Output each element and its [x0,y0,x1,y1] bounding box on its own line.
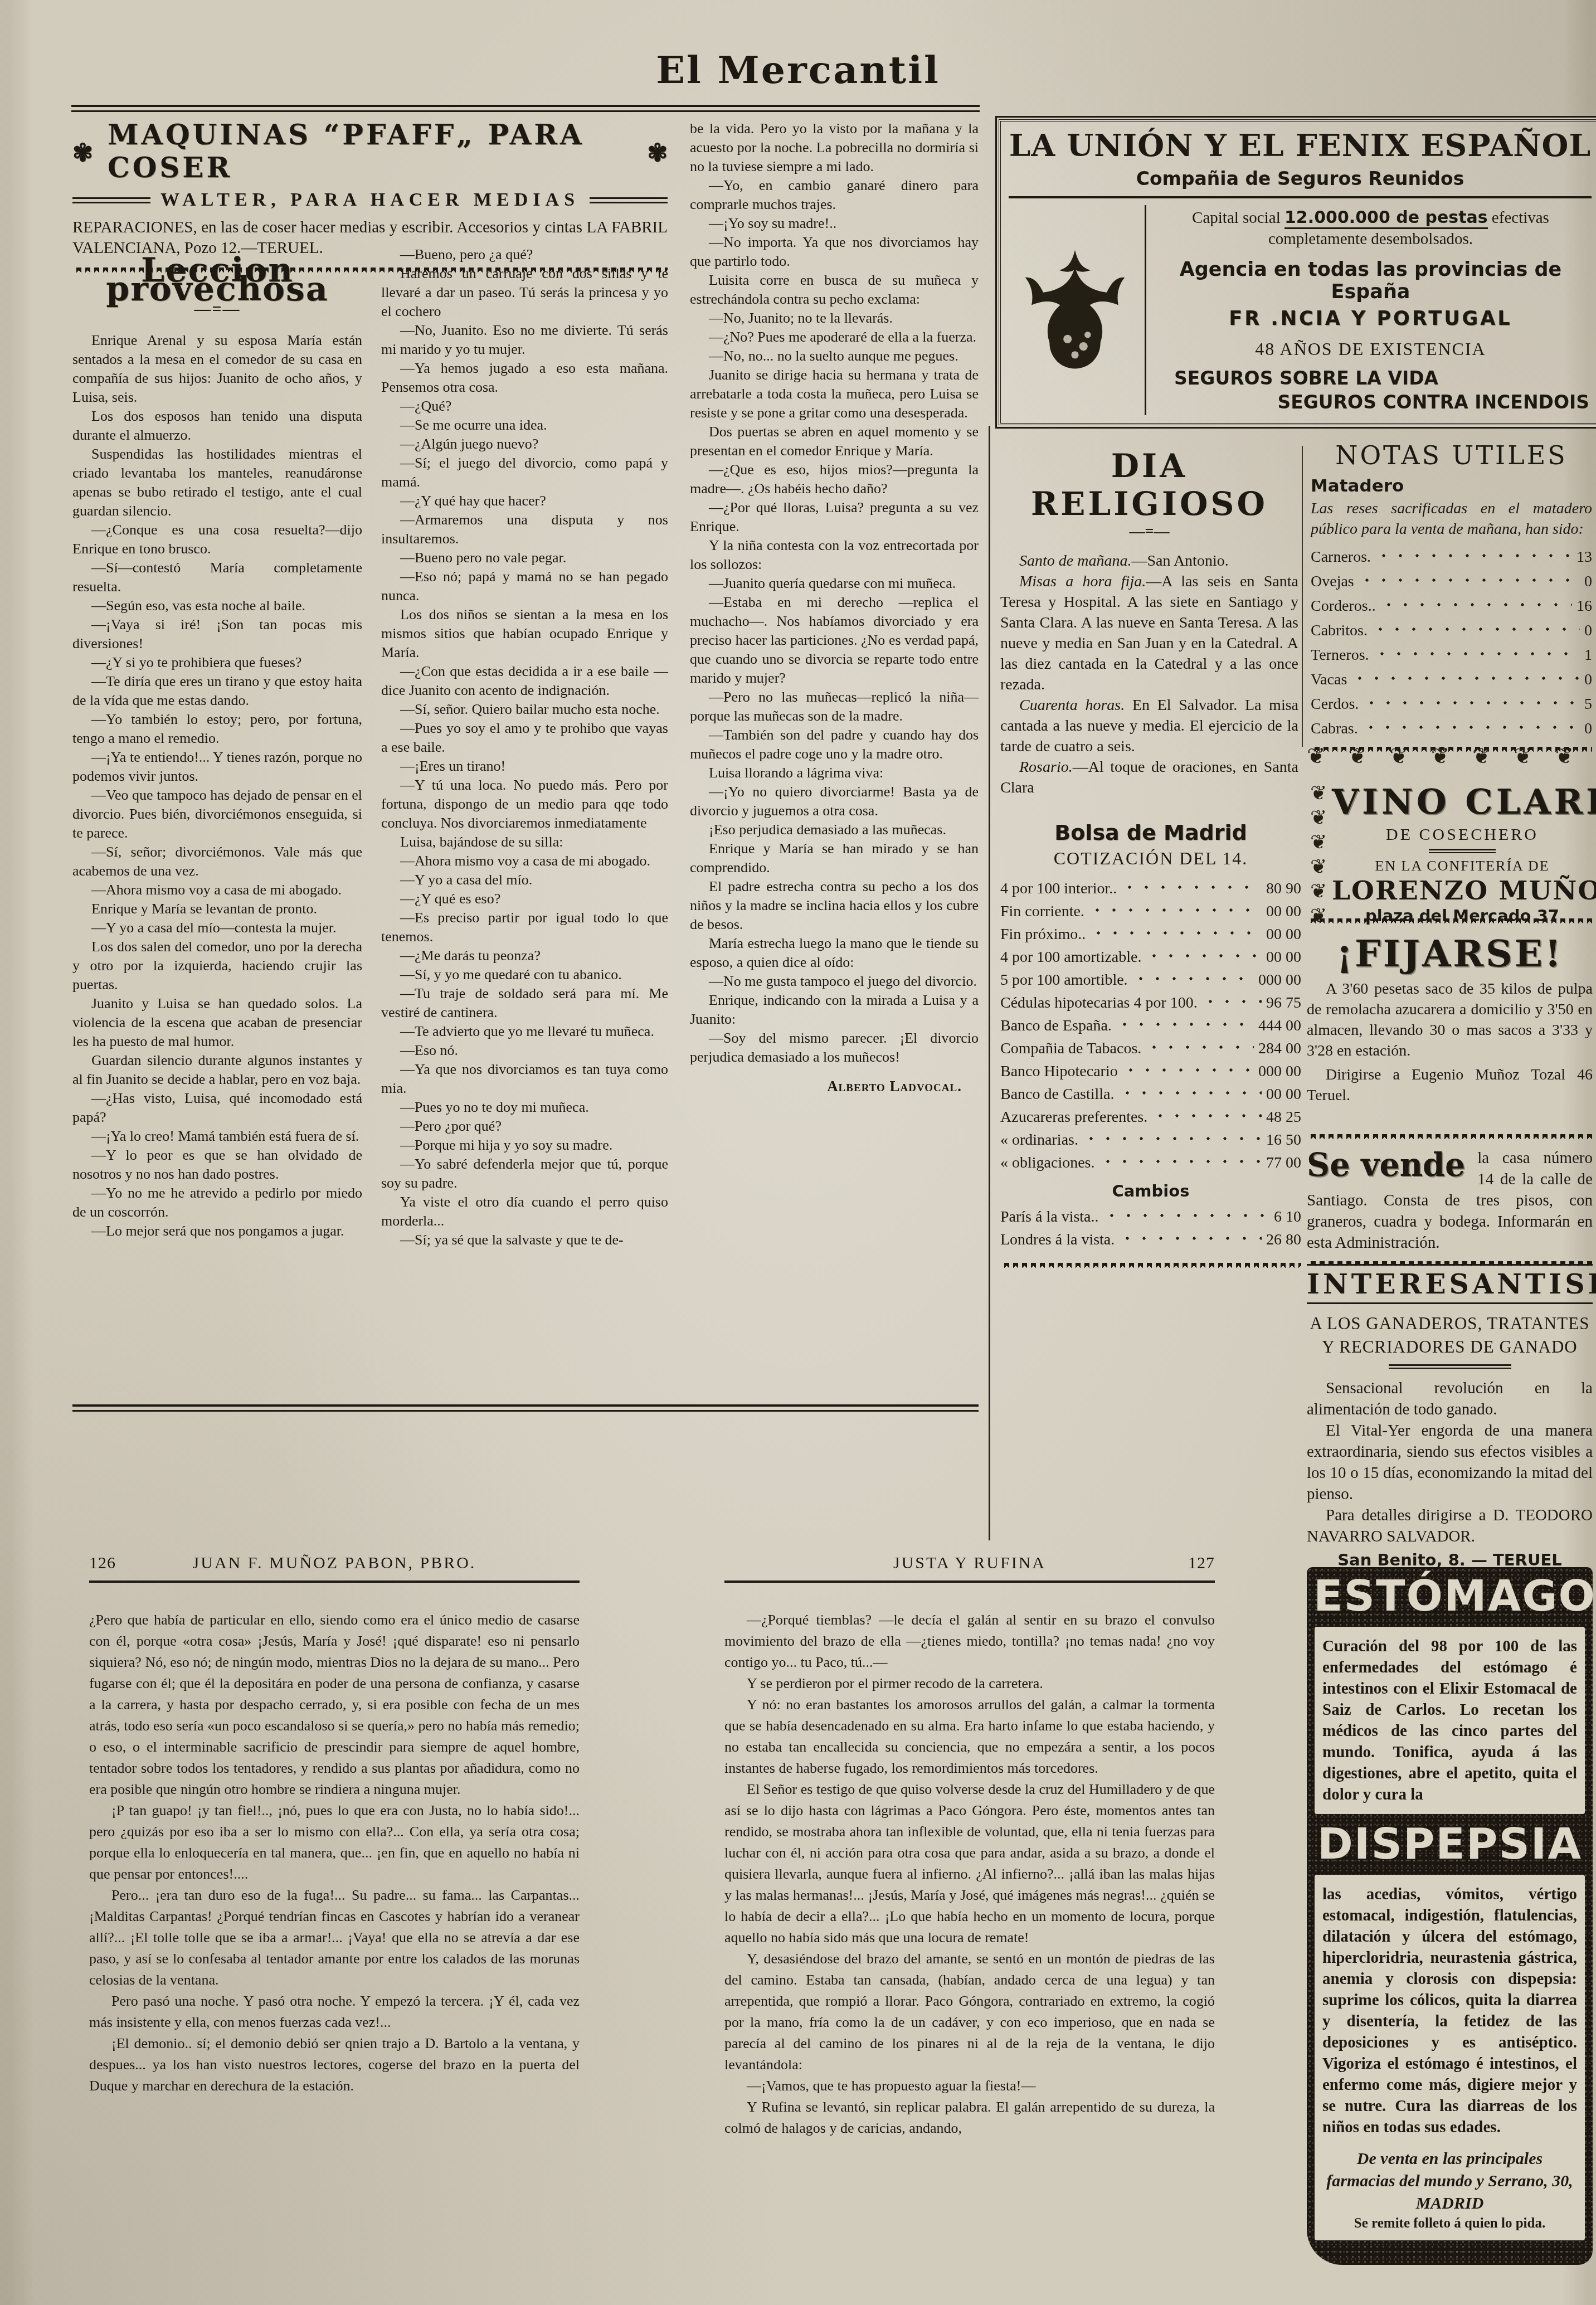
ledger-row: « ordinarias.16 50 [1000,1128,1301,1151]
paragraph: —Pero no las muñecas—replicó la niña—por… [690,688,979,726]
interesantisimo-p2: El Vital-Yer engorda de una manera extra… [1307,1420,1593,1505]
ledger-row: Compañia de Tabacos.284 00 [1000,1037,1301,1059]
ledger-row: Cabras.0 [1311,717,1592,741]
dia-item-lead: Santo de mañana. [1019,552,1131,570]
paragraph: —¿Que es eso, hijos mios?—pregunta la ma… [690,460,979,498]
ledger-label: 4 por 100 amortizable. [1000,947,1141,968]
dot-leader [1083,1128,1262,1145]
mini-rule [1429,849,1496,853]
paragraph: —Sí, señor; divorciémonos. Vale más que … [72,843,362,881]
paragraph: —Sí—contestó María completamente resuelt… [72,558,362,596]
dot-leader [1119,1082,1262,1099]
paragraph: —¿Y qué hay que hacer? [381,492,668,510]
ledger-value: 80 90 [1266,878,1301,899]
fijarse-ad: ¡FIJARSE! A 3'60 pesetas saco de 35 kilo… [1307,918,1593,1106]
dot-leader [1119,1228,1262,1244]
paragraph: Luisa, bajándose de su silla: [381,833,668,852]
matadero-intro: Las reses sacrificadas en el matadero pú… [1311,498,1592,539]
paragraph: —Bueno pero no vale pegar. [381,548,668,567]
paragraph: —¿Me darás tu peonza? [381,946,668,965]
paragraph: Pero... ¡era tan duro eso de la fuga!...… [89,1885,580,1991]
page-number: 126 [89,1554,139,1573]
paragraph: —Yo también lo estoy; pero, por fortuna,… [72,710,362,748]
story-end-rule [72,1404,979,1412]
paragraph: —Ya que nos divorciamos es tan tuya como… [381,1060,668,1098]
paragraph: —No importa. Ya que nos divorciamos hay … [690,233,979,271]
dia-item-lead: Cuarenta horas. [1019,697,1125,714]
dia-item-text: —A las seis en Santa Teresa y Hospital. … [1000,573,1298,693]
novel-left-text: ¿Pero que había de particular en ello, s… [89,1609,580,2097]
dot-leader [1363,692,1580,709]
capital-pre: Capital social [1192,209,1284,227]
running-head: 126 JUAN F. MUÑOZ PABON, PBRO. [89,1554,580,1573]
dot-leader [1146,1037,1254,1053]
ledger-label: Banco de Castilla. [1000,1084,1115,1105]
union-rule [1009,196,1592,198]
ledger-value: 000 00 [1258,970,1301,991]
dot-leader [1089,899,1262,916]
ledger-label: Cabras. [1311,717,1358,741]
story-byline: Alberto Ladvocal. [690,1077,979,1096]
paragraph: —Juanito quería quedarse con mi muñeca. [690,574,979,593]
paragraph: —¡Ya te entiendo!... Y tienes razón, por… [72,748,362,786]
story-col3-text: be la vida. Pero yo la visto por la maña… [690,119,979,1067]
paragraph: —¿No? Pues me apoderaré de ella a la fue… [690,328,979,347]
dia-item-text: —San Antonio. [1131,552,1228,570]
ledger-label: Cerdos. [1311,692,1359,717]
paragraph: Los dos esposos han tenido una disputa d… [72,407,362,445]
paragraph: —¿Qué? [381,397,668,416]
pfaff-headline-row: MAQUINAS “PFAFF„ PARA COSER [72,118,668,184]
paragraph: —No me gusta tampoco el juego del divorc… [690,972,979,991]
masthead-title: El Mercantil [0,48,1596,93]
estomago-box1: Curación del 98 por 100 de las enfermeda… [1315,1627,1585,1814]
se-vende-lead: Se vende [1307,1147,1477,1183]
fleuron-border [1307,743,1593,769]
dot-leader [1380,594,1572,611]
union-agencia: Agencia en todas las provincias de Españ… [1152,259,1589,303]
ledger-row: Cabritos.0 [1311,619,1592,643]
paragraph: —Y yo a casa del mío—contesta la mujer. [72,918,362,937]
ledger-row: Banco Hipotecario000 00 [1000,1059,1301,1082]
paragraph: —Pues yo no te doy mi muñeca. [381,1098,668,1117]
estomago-footer-note: Se remite folleto á quien lo pida. [1322,2216,1577,2231]
ledger-value: 444 00 [1258,1015,1301,1037]
matadero-heading: Matadero [1311,476,1592,496]
dot-leader [1363,717,1580,733]
union-anos: 48 AÑOS DE EXISTENCIA [1152,339,1589,359]
ledger-value: 0 [1584,717,1592,741]
ledger-row: Fin próximo..00 00 [1000,922,1301,945]
paragraph: —Porque mi hija y yo soy su madre. [381,1136,668,1155]
story-column-1: Leccion provechosa Enrique Arenal y su e… [72,261,362,1241]
paragraph: —¡Vamos, que te has propuesto aguar la f… [724,2075,1215,2097]
bolsa-table: 4 por 100 interior..80 90Fin corriente.0… [1000,877,1301,1174]
vertical-divider [1302,446,1303,747]
paragraph: —¡Eres un tirano! [381,757,668,776]
ledger-row: Terneros.1 [1311,643,1592,668]
pfaff-headline: MAQUINAS “PFAFF„ PARA COSER [108,118,632,184]
fijarse-body: A 3'60 pesetas saco de 35 kilos de pulpa… [1307,979,1593,1061]
ledger-value: 284 00 [1258,1038,1301,1059]
vino-line3: LORENZO MUÑOZ [1332,876,1593,906]
wavy-rule [1307,1134,1593,1140]
paragraph: —Y yo a casa del mío. [381,871,668,889]
running-head-rule [724,1581,1215,1583]
estomago-box2-text: las acedias, vómitos, vértigo estomacal,… [1322,1884,1577,2138]
ledger-row: París á la vista..6 10 [1000,1205,1301,1228]
dia-item: Cuarenta horas. En El Salvador. La misa … [1000,695,1298,757]
dot-leader [1375,545,1572,562]
paragraph: —Soy del mismo parecer. ¡El divorcio per… [690,1029,979,1067]
ledger-label: Terneros. [1311,643,1369,668]
paragraph: María estrecha luego la mano que le tien… [690,934,979,972]
bolsa-subtitle: COTIZACIÓN DEL 14. [1000,848,1301,869]
ledger-row: Carneros.13 [1311,545,1592,570]
paragraph: —Te diría que eres un tirano y que estoy… [72,672,362,710]
paragraph: ¿Pero que había de particular en ello, s… [89,1609,580,1800]
dot-leader [1359,570,1580,586]
paragraph: —Y lo peor es que se han olvidado de nos… [72,1146,362,1184]
ledger-row: Vacas0 [1311,668,1592,692]
interesantisimo-address: San Benito, 8. — TERUEL [1307,1550,1593,1569]
vertical-divider [989,426,990,1540]
paragraph: —¿Conque es una cosa resuelta?—dijo Enri… [72,521,362,558]
paragraph: Suspendidas las hostilidades mientras el… [72,445,362,521]
estomago-box1-text: Curación del 98 por 100 de las enfermeda… [1322,1636,1577,1805]
paragraph: —¿Y si yo te prohibiera que fueses? [72,653,362,672]
paragraph: —Sí; el juego del divorcio, como papá y … [381,454,668,492]
paragraph: —¿Con que estas decidida a ir a ese bail… [381,662,668,700]
dot-leader [1103,1205,1269,1222]
ledger-row: Azucareras preferentes.48 25 [1000,1105,1301,1128]
bolsa-madrid-section: Bolsa de Madrid COTIZACIÓN DEL 14. 4 por… [1000,820,1301,1268]
running-head: JUSTA Y RUFINA 127 [724,1554,1215,1573]
paragraph: Pero pasó una noche. Y pasó otra noche. … [89,1991,580,2033]
ledger-value: 6 10 [1274,1207,1301,1228]
ledger-value: 1 [1584,643,1592,668]
estomago-dispepsia-ad: ESTÓMAGO Curación del 98 por 100 de las … [1307,1567,1593,2265]
running-title: JUAN F. MUÑOZ PABON, PBRO. [139,1554,529,1573]
matadero-table: Carneros.13Ovejas0Corderos..16Cabritos.0… [1311,545,1592,741]
ledger-value: 000 00 [1258,1061,1301,1082]
paragraph: —Armaremos una disputa y nos insultaremo… [381,510,668,548]
dot-leader [1351,668,1580,684]
fleuron-icon [647,135,668,168]
ledger-label: « ordinarias. [1000,1130,1078,1151]
ledger-value: 00 00 [1266,1084,1301,1105]
dot-leader [1121,877,1262,893]
dot-leader [1374,643,1580,660]
ledger-value: 26 80 [1266,1229,1301,1251]
paragraph: ¡P tan guapo! ¡y tan fiel!.., ¡nó, pues … [89,1800,580,1885]
ledger-value: 00 00 [1266,947,1301,968]
novel-page-126: 126 JUAN F. MUÑOZ PABON, PBRO. ¿Pero que… [89,1554,580,2097]
ledger-label: 4 por 100 interior.. [1000,878,1117,899]
paragraph: —¿Y qué es eso? [381,889,668,908]
ledger-label: Londres á la vista. [1000,1229,1115,1251]
paragraph: —Ahora mismo voy a casa de mi abogado. [72,881,362,899]
estomago-box2: las acedias, vómitos, vértigo estomacal,… [1315,1875,1585,2240]
ledger-row: Corderos..16 [1311,594,1592,619]
dia-item: Santo de mañana.—San Antonio. [1000,551,1298,571]
vino-clarete-ad: VINO CLARETE DE COSECHERO EN LA CONFITER… [1332,781,1593,925]
union-subtitle: Compañia de Seguros Reunidos [1005,168,1595,189]
ledger-row: Banco de Castilla.00 00 [1000,1082,1301,1105]
dot-leader [1132,968,1254,985]
dia-title: DIA RELIGIOSO [1000,447,1298,523]
ledger-label: Ovejas [1311,570,1354,594]
fijarse-contact: Dirigirse a Eugenio Muñoz Tozal 46 Terue… [1307,1064,1593,1106]
fijarse-title: ¡FIJARSE! [1307,932,1593,975]
interesantisimo-p3: Para detalles dirigirse a D. TEODORO NAV… [1307,1505,1593,1547]
ledger-value: 0 [1584,619,1592,643]
ledger-value: 48 25 [1266,1107,1301,1128]
dia-item-lead: Rosario. [1019,758,1073,776]
paragraph: —Pero ¿por qué? [381,1117,668,1136]
ledger-row: 4 por 100 interior..80 90 [1000,877,1301,899]
ledger-row: 5 por 100 amortible.000 00 [1000,968,1301,991]
dia-religioso-section: DIA RELIGIOSO Santo de mañana.—San Anton… [1000,447,1298,798]
ledger-value: 13 [1576,545,1592,570]
paragraph: —¿Algún juego nuevo? [381,435,668,454]
pfaff-subline-row: WALTER, PARA HACER MEDIAS [72,189,668,211]
ledger-row: Banco de España.444 00 [1000,1014,1301,1037]
paragraph: —¡Vaya si iré! ¡Son tan pocas mis divers… [72,615,362,653]
paragraph: —Ahora mismo voy a casa de mi abogado. [381,852,668,871]
ledger-label: 5 por 100 amortible. [1000,970,1128,991]
running-title: JUSTA Y RUFINA [775,1554,1165,1573]
mini-rule [1389,1364,1511,1369]
story-col1-text: Enrique Arenal y su esposa María están s… [72,331,362,1241]
paragraph: —Eso nó; papá y mamá no se han pegado nu… [381,567,668,605]
union-capital-line: Capital social 12.000.000 de pestas efec… [1152,207,1589,250]
dot-leader [1146,945,1262,962]
ledger-label: Cédulas hipotecarias 4 por 100. [1000,993,1198,1014]
paragraph: —Y tú una loca. No puedo más. Pero por f… [381,776,668,833]
paragraph: —¡Ya lo creo! Mamá también está fuera de… [72,1127,362,1146]
ledger-label: Carneros. [1311,545,1371,570]
ledger-label: París á la vista.. [1000,1207,1099,1228]
paragraph: —Lo mejor será que nos pongamos a jugar. [72,1222,362,1241]
paragraph: Luisa llorando a lágrima viva: [690,764,979,782]
paragraph: —Según eso, vas esta noche al baile. [72,596,362,615]
ledger-label: Compañia de Tabacos. [1000,1038,1141,1059]
paragraph: Enrique Arenal y su esposa María están s… [72,331,362,407]
se-vende-ad: Se vendela casa número 14 de la calle de… [1307,1134,1593,1275]
paragraph: —Tu traje de soldado será para mí. Me ve… [381,984,668,1022]
interesantisimo-title: INTERESANTISIMO [1307,1264,1593,1304]
interesantisimo-p1: Sensacional revolución en la alimentació… [1307,1378,1593,1420]
fleuron-icon [72,135,93,168]
ledger-row: Cédulas hipotecarias 4 por 100.96 75 [1000,991,1301,1014]
ledger-row: Fin corriente.00 00 [1000,899,1301,922]
paragraph: —No, Juanito; no te la llevarás. [690,309,979,328]
dot-leader [1122,1059,1254,1076]
paragraph: —¿Porqué tiemblas? —le decía el galán al… [724,1609,1215,1673]
paragraph: Los dos salen del comedor, uno por la de… [72,937,362,994]
paragraph: —Yo, en cambio ganaré dinero para compra… [690,176,979,214]
vino-line2: EN LA CONFITERÍA DE [1332,858,1593,874]
story-title: Leccion provechosa [72,261,362,299]
cambios-heading: Cambios [1000,1181,1301,1200]
ledger-label: Fin corriente. [1000,901,1084,922]
paragraph: —Yo sabré defenderla mejor que tú, porqu… [381,1155,668,1193]
interesantisimo-subtitle: A LOS GANADEROS, TRATANTES Y RECRIADORES… [1307,1312,1593,1359]
union-francia: FR .NCIA Y PORTUGAL [1152,308,1589,330]
vino-title: VINO CLARETE [1332,781,1593,822]
dia-item: Rosario.—Al toque de oraciones, en Santa… [1000,757,1298,798]
notas-title: NOTAS UTILES [1311,440,1592,470]
ledger-value: 96 75 [1266,993,1301,1014]
ledger-value: 16 50 [1266,1130,1301,1151]
paragraph: —¿Por qué lloras, Luisa? pregunta a su v… [690,498,979,536]
union-seguros-incendios: SEGUROS CONTRA INCENDOIS [1152,391,1589,413]
notas-utiles-section: NOTAS UTILES Matadero Las reses sacrific… [1311,440,1592,752]
paragraph: —Sí, y yo me quedaré con tu abanico. [381,965,668,984]
paragraph: —Eso nó. [381,1041,668,1060]
ledger-value: 00 00 [1266,924,1301,945]
ledger-label: Banco de España. [1000,1015,1112,1037]
paragraph: Haremos un carruaje con dos sillas y te … [381,264,668,321]
ledger-value: 00 00 [1266,901,1301,922]
dot-leader [1202,991,1262,1008]
paragraph: —Veo que tampoco has dejado de pensar en… [72,786,362,843]
ledger-value: 77 00 [1266,1152,1301,1174]
paragraph: Dos puertas se abren en aquel momento y … [690,422,979,460]
paragraph: —Sí, señor. Quiero bailar mucho esta noc… [381,700,668,719]
rule-segment [72,197,150,203]
paragraph: El padre estrecha contra su pecho a los … [690,877,979,934]
estomago-footer: De venta en las principales farmacias de… [1322,2148,1577,2215]
novel-right-text: —¿Porqué tiemblas? —le decía el galán al… [724,1609,1215,2139]
paragraph: Los dos niños se sientan a la mesa en lo… [381,605,668,662]
paragraph: —¿Has visto, Luisa, qué incomodado está … [72,1089,362,1127]
masthead-rule [71,105,980,112]
ledger-row: Londres á la vista.26 80 [1000,1228,1301,1251]
phoenix-emblem-image [1005,205,1146,415]
wavy-rule [1000,1263,1301,1268]
ledger-label: Fin próximo.. [1000,924,1086,945]
paragraph: ¡Eso perjudica demasiado a las muñecas. [690,820,979,839]
paragraph: Juanito se dirige hacia su hermana y tra… [690,366,979,422]
se-vende-body: Se vendela casa número 14 de la calle de… [1307,1147,1593,1253]
pfaff-subline: WALTER, PARA HACER MEDIAS [160,189,580,211]
ledger-label: Banco Hipotecario [1000,1061,1118,1082]
fleuron-border-vertical [1307,781,1330,925]
capital-amount: 12.000.000 de pestas [1284,208,1488,229]
paragraph: Luisita corre en busca de su muñeca y es… [690,271,979,309]
union-title: LA UNIÓN Y EL FENIX ESPAÑOL [1005,127,1595,163]
dot-leader [1090,922,1262,939]
ledger-value: 16 [1576,594,1592,619]
union-seguros-vida: SEGUROS SOBRE LA VIDA [1152,367,1589,389]
paragraph: —Se me ocurre una idea. [381,416,668,435]
paragraph: —Estaba en mi derecho —replica el muchac… [690,593,979,688]
paragraph: Juanito y Luisa se han quedado solos. La… [72,994,362,1051]
paragraph: Y nó: no eran bastantes los amorosos arr… [724,1694,1215,1779]
page-number: 127 [1165,1554,1215,1573]
dot-leader [1372,619,1580,635]
dot-leader [1116,1014,1254,1030]
ledger-label: Azucareras preferentes. [1000,1107,1147,1128]
story-column-3: be la vida. Pero yo la visto por la maña… [690,119,979,1096]
paragraph: Y se perdieron por el pirmer recodo de l… [724,1673,1215,1694]
paragraph: Enrique y María se levantan de pronto. [72,899,362,918]
bolsa-title: Bolsa de Madrid [1000,820,1301,845]
dot-leader [1099,1151,1262,1168]
dispepsia-title: DISPEPSIA [1313,1820,1586,1869]
wavy-rule [1307,918,1593,924]
ledger-label: « obligaciones. [1000,1152,1095,1174]
paragraph: Enrique y María se han mirado y se han c… [690,839,979,877]
ledger-row: Cerdos.5 [1311,692,1592,717]
paragraph: —Sí; ya sé que la salvaste y que te de- [381,1231,668,1249]
paragraph: Y la niña contesta con la voz entrecorta… [690,536,979,574]
running-head-rule [89,1581,580,1583]
ledger-label: Corderos.. [1311,594,1376,619]
paragraph: —No, no... no la suelto aunque me pegues… [690,347,979,366]
ledger-label: Cabritos. [1311,619,1368,643]
ledger-value: 0 [1584,668,1592,692]
paragraph: —Es preciso partir por igual todo lo que… [381,908,668,946]
estomago-title: ESTÓMAGO [1313,1572,1586,1621]
paragraph: Guardan silencio durante algunos instant… [72,1051,362,1089]
paragraph: —Bueno, pero ¿a qué? [381,245,668,264]
paragraph: Enrique, indicando con la mirada a Luisa… [690,991,979,1029]
interesantisimo-ad: INTERESANTISIMO A LOS GANADEROS, TRATANT… [1307,1264,1593,1569]
paragraph: Y Rufina se levantó, sin replicar palabr… [724,2097,1215,2139]
paragraph: —¡Yo no quiero divorciarme! Basta ya de … [690,782,979,820]
ledger-row: Ovejas0 [1311,570,1592,594]
novel-page-127: JUSTA Y RUFINA 127 —¿Porqué tiemblas? —l… [724,1554,1215,2139]
story-column-2: —Bueno, pero ¿a qué?Haremos un carruaje … [381,245,668,1249]
cambios-table: París á la vista..6 10Londres á la vista… [1000,1205,1301,1251]
paragraph: —¡Yo soy su madre!.. [690,214,979,233]
ledger-label: Vacas [1311,668,1347,692]
ledger-row: « obligaciones.77 00 [1000,1151,1301,1174]
paragraph: —Te advierto que yo me llevaré tu muñeca… [381,1022,668,1041]
paragraph: ¡El demonio.. sí; el demonio debió ser q… [89,2033,580,2097]
paragraph: —Pues yo soy el amo y te prohibo que vay… [381,719,668,757]
dia-ornament [1000,523,1298,541]
paragraph: —También son del padre y cuando hay dos … [690,726,979,764]
paragraph: Y, desasiéndose del brazo del amante, se… [724,1948,1215,2075]
dot-leader [1152,1105,1262,1122]
paragraph: Ya viste el otro día cuando el perro qui… [381,1193,668,1231]
ledger-row: 4 por 100 amortizable.00 00 [1000,945,1301,968]
ledger-value: 0 [1584,570,1592,594]
ledger-value: 5 [1584,692,1592,717]
paragraph: —Ya hemos jugado a eso esta mañana. Pens… [381,359,668,397]
paragraph: —Yo no me he atrevido a pedirlo por mied… [72,1184,362,1222]
story-col2-text: —Bueno, pero ¿a qué?Haremos un carruaje … [381,245,668,1249]
vino-line1: DE COSECHERO [1332,825,1593,844]
paragraph: be la vida. Pero yo la visto por la maña… [690,119,979,176]
rule-segment [590,197,668,203]
paragraph: El Señor es testigo de que quiso volvers… [724,1779,1215,1948]
dia-item: Misas a hora fija.—A las seis en Santa T… [1000,571,1298,695]
dia-item-lead: Misas a hora fija. [1019,573,1146,590]
phoenix-eagle-icon [1022,241,1128,380]
newspaper-page: El Mercantil MAQUINAS “PFAFF„ PARA COSER… [0,0,1596,2305]
union-fenix-ad: LA UNIÓN Y EL FENIX ESPAÑOL Compañia de … [999,119,1596,425]
paragraph: —No, Juanito. Eso no me divierte. Tú ser… [381,321,668,359]
